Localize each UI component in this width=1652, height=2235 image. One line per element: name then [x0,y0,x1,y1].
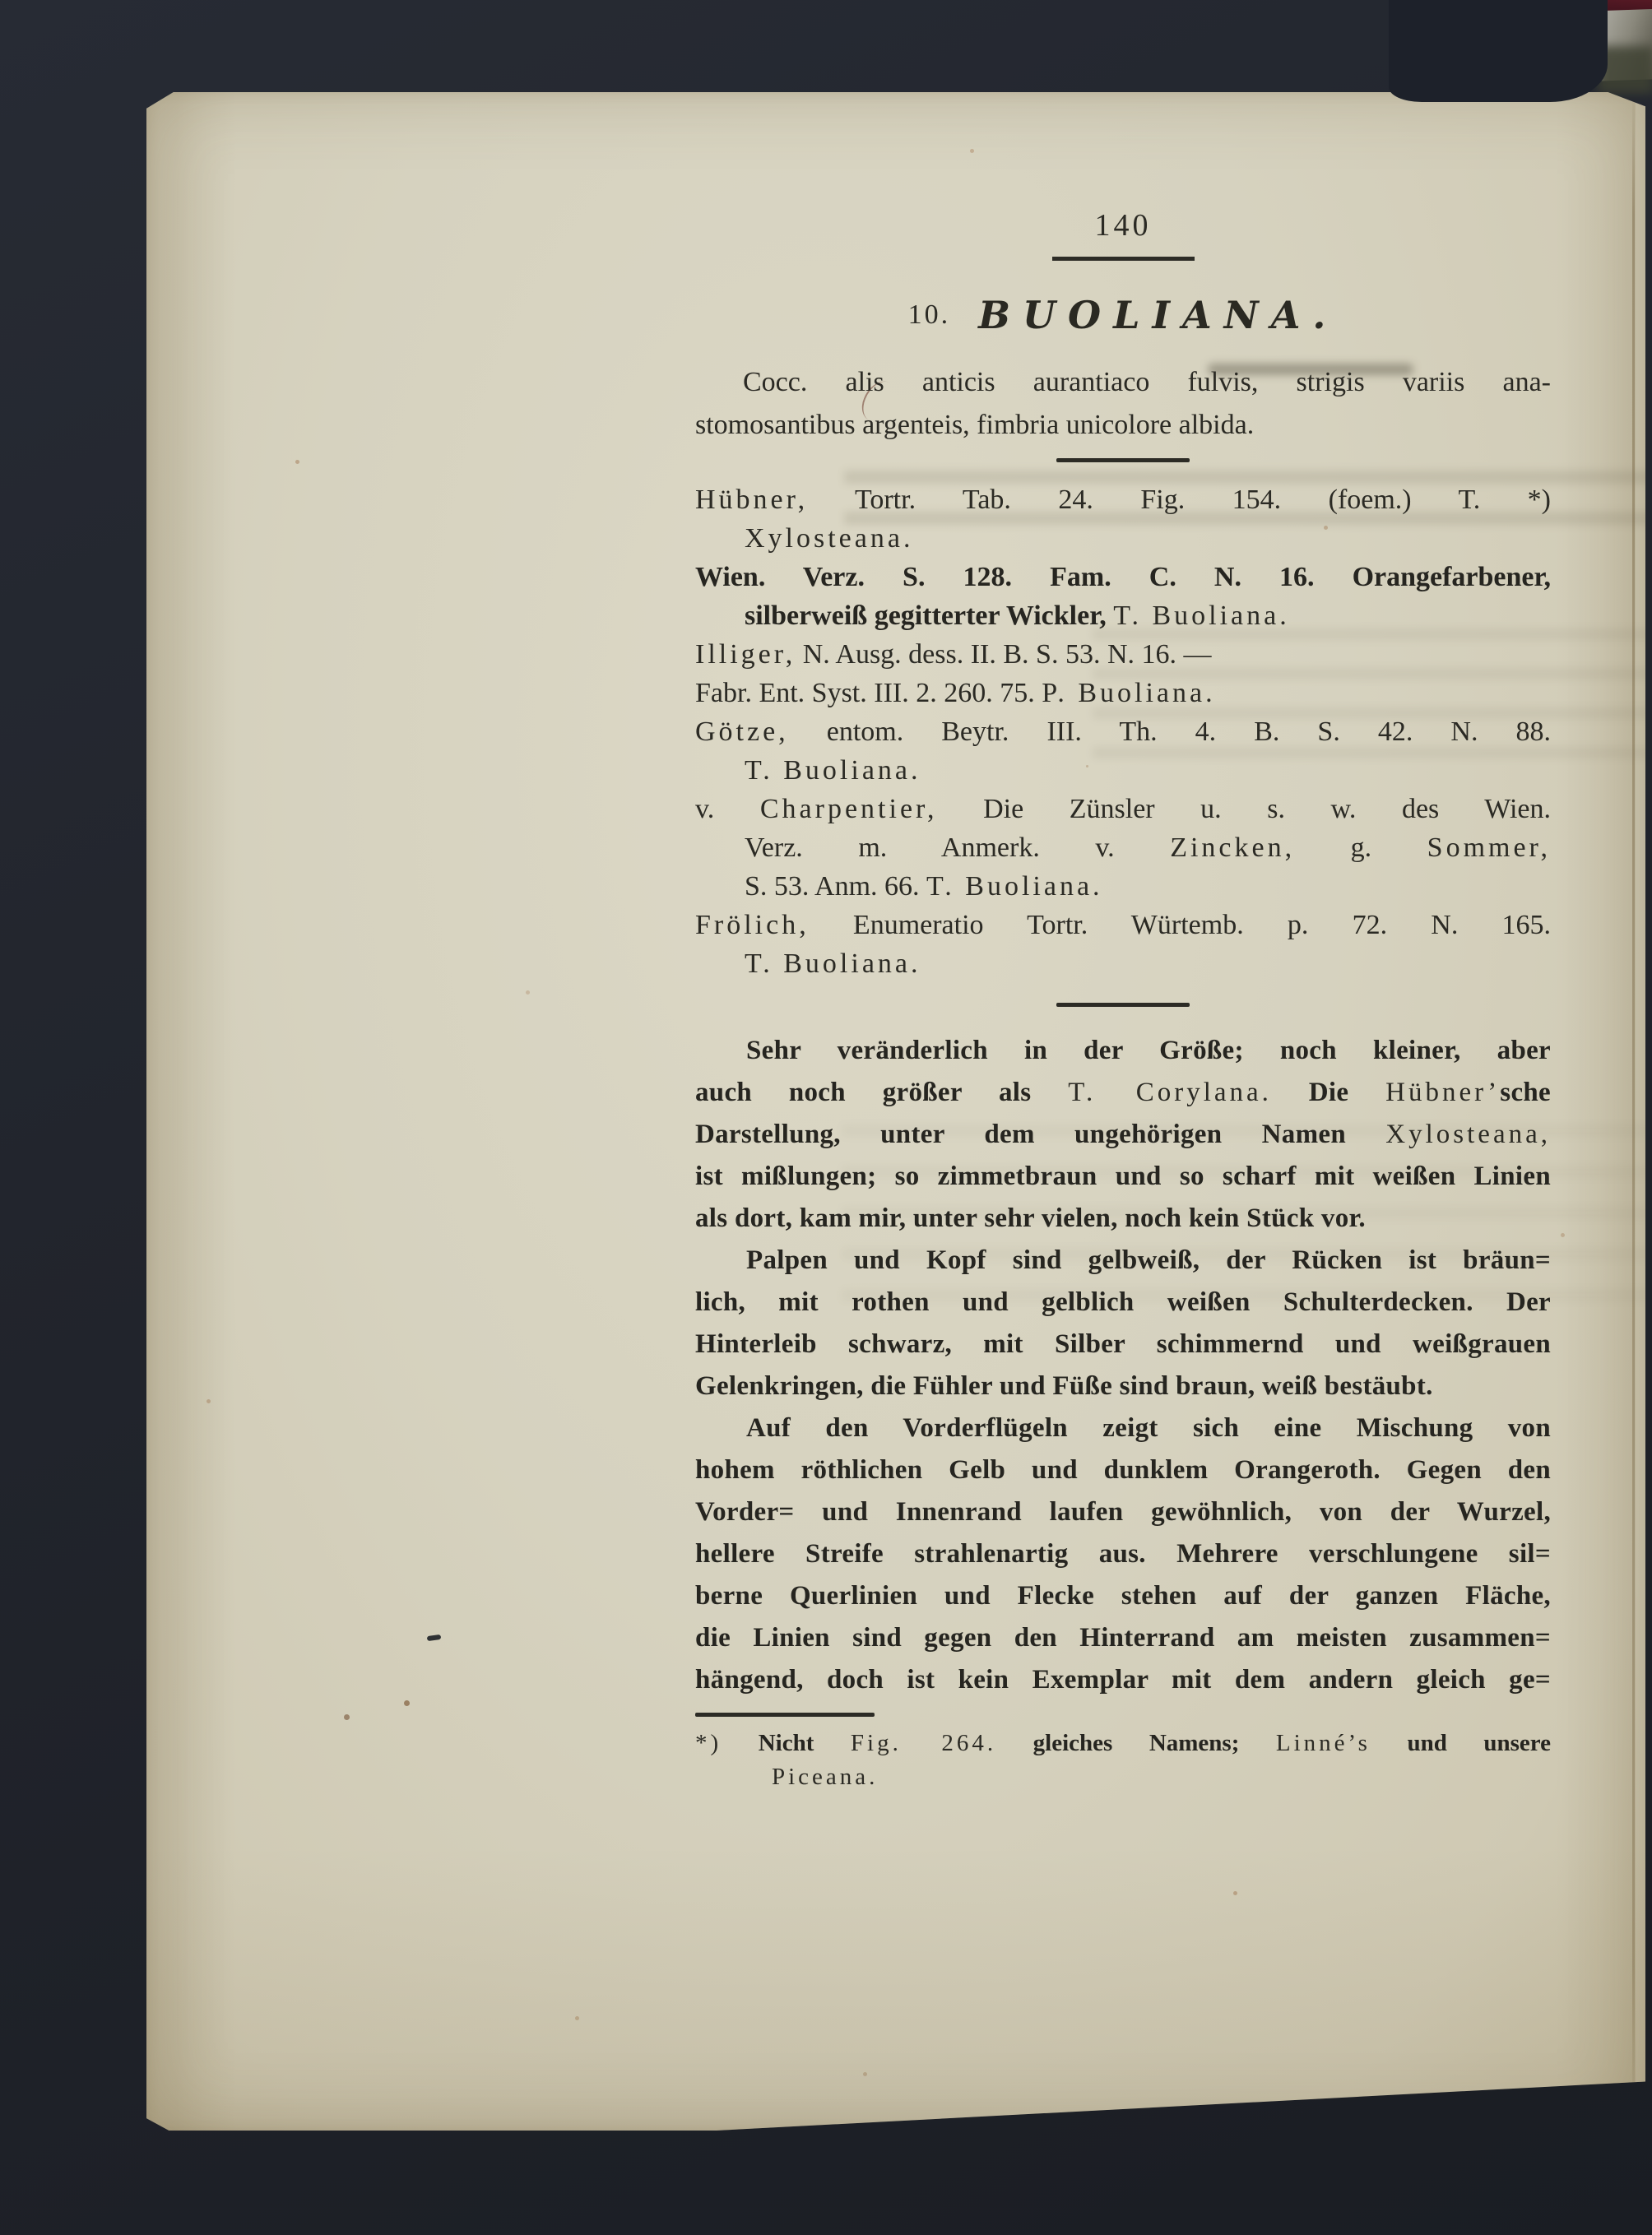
body-line: hellere Streife strahlenartig aus. Mehre… [695,1533,1551,1575]
reference-text: Wien. Verz. S. 128. Fam. C. N. 16. Orang… [695,562,1551,592]
author-name: Frölich, [695,910,810,940]
footnote-text: gleiches Namens; [1033,1730,1240,1756]
reference-line: Illiger, N. Ausg. dess. II. B. S. 53. N.… [695,635,1551,674]
reference-text: Enumeratio Tortr. Würtemb. p. 72. N. 165… [853,910,1551,940]
body-line: lich, mit rothen und gelblich weißen Sch… [695,1282,1551,1324]
body-line: die Linien sind gegen den Hinterrand am … [695,1617,1551,1659]
page-number: 140 [1052,207,1195,261]
reference-text: Tortr. Tab. 24. Fig. 154. (foem.) T. *) [855,485,1551,515]
footnote-marker: *) [695,1730,722,1756]
body-line: als dort, kam mir, unter sehr vielen, no… [695,1198,1551,1240]
book-scan-photo: 140 10. BUOLIANA. Cocc. alis anticis aur… [0,0,1652,2235]
footnote-text: Nicht [759,1730,814,1756]
author-name: Götze, [695,716,789,747]
author-name: Hübner’ [1385,1078,1500,1107]
body-line: Gelenkringen, die Fühler und Füße sind b… [695,1366,1551,1407]
separator-rule [1056,458,1190,462]
body-text: Die [1309,1078,1349,1107]
reference-line: Frölich, Enumeratio Tortr. Würtemb. p. 7… [695,906,1551,944]
body-line: auch noch größer als T. Corylana. Die Hü… [695,1072,1551,1114]
species-epithet: Xylosteana, [1385,1120,1551,1149]
species-epithet: Piceana. [772,1764,878,1790]
figure-reference: Fig. 264. [851,1730,996,1756]
author-name: Zincken, [1170,832,1295,863]
description-text: Sehr veränderlich in der Größe; noch kle… [695,1030,1551,1701]
reference-text: v. [695,794,714,824]
species-epithet: T. Corylana. [1068,1078,1272,1107]
footnote-line: Piceana. [695,1760,1551,1794]
reference-line: Fabr. Ent. Syst. III. 2. 260. 75. P. Buo… [695,674,1551,712]
body-line: Darstellung, unter dem ungehörigen Namen… [695,1114,1551,1156]
body-line: hängend, doch ist kein Exemplar mit dem … [695,1659,1551,1701]
body-text: sche [1500,1078,1551,1107]
footnote-text: und unsere [1407,1730,1551,1756]
diagnosis-line: stomosantibus argenteis, fimbria unicolo… [695,404,1551,447]
reference-line: Xylosteana. [695,519,1551,558]
reference-line: T. Buoliana. [695,751,1551,790]
species-epithet: T. Buoliana. [926,871,1103,902]
diagnosis-line: Cocc. alis anticis aurantiaco fulvis, st… [695,361,1551,404]
book-cover-edge [1389,0,1608,102]
author-name: Sommer, [1427,832,1551,863]
separator-rule [1056,1003,1190,1007]
reference-text: N. Ausg. dess. II. B. S. 53. N. 16. — [803,639,1212,670]
reference-text: Fabr. Ent. Syst. III. 2. 260. 75. [695,678,1035,708]
body-line: Vorder= und Innenrand laufen gewöhnlich,… [695,1491,1551,1533]
reference-text: g. [1351,832,1372,863]
body-line: Auf den Vorderflügeln zeigt sich eine Mi… [695,1407,1551,1449]
body-line: hohem röthlichen Gelb und dunklem Orange… [695,1449,1551,1491]
page-header: 140 [695,207,1551,261]
latin-diagnosis: Cocc. alis anticis aurantiaco fulvis, st… [695,361,1551,447]
species-epithet: T. Buoliana. [1113,600,1290,631]
author-name: Linné’s [1276,1730,1371,1756]
body-line: ist mißlungen; so zimmetbraun und so sch… [695,1156,1551,1198]
species-epithet: P. Buoliana. [1042,678,1215,708]
species-heading: 10. BUOLIANA. [695,292,1551,348]
body-line: Sehr veränderlich in der Größe; noch kle… [695,1030,1551,1072]
body-line: Hinterleib schwarz, mit Silber schimmern… [695,1324,1551,1366]
species-epithet: T. Buoliana. [745,948,921,979]
foxing-specks [0,0,2,2]
author-name: Illiger, [695,639,796,670]
reference-line: Wien. Verz. S. 128. Fam. C. N. 16. Orang… [695,558,1551,596]
reference-text: entom. Beytr. III. Th. 4. B. S. 42. N. 8… [827,716,1551,747]
reference-line: T. Buoliana. [695,944,1551,983]
body-text: auch noch größer als [695,1078,1031,1107]
body-text: Darstellung, unter dem ungehörigen Namen [695,1120,1346,1149]
reference-line: S. 53. Anm. 66. T. Buoliana. [695,867,1551,906]
body-line: Palpen und Kopf sind gelbweiß, der Rücke… [695,1240,1551,1282]
species-epithet: T. Buoliana. [745,755,921,786]
body-line: berne Querlinien und Flecke stehen auf d… [695,1575,1551,1617]
reference-line: Verz. m. Anmerk. v. Zincken, g. Sommer, [695,828,1551,867]
reference-text: S. 53. Anm. 66. [745,871,920,902]
reference-line: Hübner, Tortr. Tab. 24. Fig. 154. (foem.… [695,480,1551,519]
footnote-rule [695,1713,875,1717]
reference-line: silberweiß gegitterter Wickler, T. Buoli… [695,596,1551,635]
reference-text: silberweiß gegitterter Wickler, [745,600,1107,631]
reference-text: Die Zünsler u. s. w. des Wien. [983,794,1551,824]
species-number: 10. [908,299,951,330]
species-name: BUOLIANA. [978,293,1338,337]
page-content: 140 10. BUOLIANA. Cocc. alis anticis aur… [695,207,1551,1794]
author-name: Hübner, [695,485,808,515]
reference-list: Hübner, Tortr. Tab. 24. Fig. 154. (foem.… [695,480,1551,983]
author-name: Charpentier, [760,794,938,824]
reference-text: Verz. m. Anmerk. v. [745,832,1115,863]
footnote-line: *) Nicht Fig. 264. gleiches Namens; Linn… [695,1727,1551,1760]
species-epithet: Xylosteana. [745,523,913,554]
footnote: *) Nicht Fig. 264. gleiches Namens; Linn… [695,1727,1551,1794]
reference-line: v. Charpentier, Die Zünsler u. s. w. des… [695,790,1551,828]
reference-line: Götze, entom. Beytr. III. Th. 4. B. S. 4… [695,712,1551,751]
